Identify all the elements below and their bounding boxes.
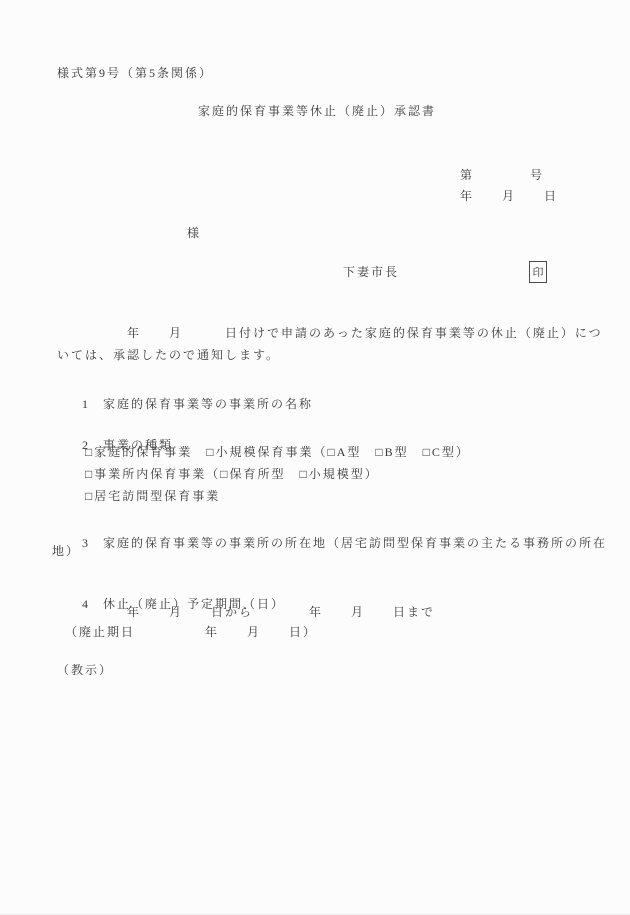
business-type-checkbox-row-1: □家庭的保育事業 □小規模保育事業（□A型 □B型 □C型） (85, 445, 470, 459)
business-type-checkbox-row-2: □事業所内保育事業（□保育所型 □小規模型） (85, 467, 379, 481)
document-title: 家庭的保育事業等休止（廃止）承認書 (198, 104, 436, 118)
section-1-label: 家庭的保育事業等の事業所の名称 (103, 397, 313, 411)
addressee-honorific: 様 (187, 226, 201, 240)
body-paragraph-line2: いては、承認したので通知します。 (57, 348, 280, 362)
section-3-label: 家庭的保育事業等の事業所の所在地（居宅訪問型保育事業の主たる事務所の所在 (103, 536, 607, 550)
document-date-line: 年 月 日 (460, 189, 558, 203)
document-number-line: 第 号 (460, 168, 544, 182)
business-type-checkbox-row-3: □居宅訪問型保育事業 (85, 489, 220, 503)
suspension-period-line: 年 月 日から 年 月 日まで (57, 605, 435, 619)
document-page: 様式第9号（第5条関係） 家庭的保育事業等休止（廃止）承認書 第 号 年 月 日… (0, 0, 630, 915)
seal-stamp: 印 (529, 261, 547, 283)
section-1-heading: 1家庭的保育事業等の事業所の名称 (62, 383, 313, 425)
abolition-date-line: （廃止期日 年 月 日） (57, 625, 317, 639)
instruction-note: （教示） (57, 663, 113, 677)
section-1-number: 1 (82, 397, 90, 411)
section-3-number: 3 (82, 536, 90, 550)
body-paragraph-line1: 年 月 日付けで申請のあった家庭的保育事業等の休止（廃止）につ (57, 326, 603, 340)
form-number: 様式第9号（第5条関係） (57, 66, 213, 80)
issuer-name: 下妻市長 (343, 265, 399, 279)
section-3-continuation: 地） (52, 544, 80, 558)
section-3-heading: 3家庭的保育事業等の事業所の所在地（居宅訪問型保育事業の主たる事務所の所在 (62, 522, 607, 564)
